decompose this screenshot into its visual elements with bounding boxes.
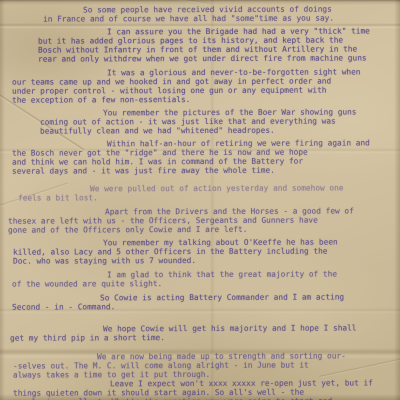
paragraph-leave-morale: Leave I expect won't xxxx xxxxx re-open … bbox=[13, 379, 386, 400]
paragraph-brigade-thick-time: I can assure you the Brigade had had a v… bbox=[38, 27, 386, 65]
paragraph-wounded-slight: I am glad to think that the great majori… bbox=[12, 269, 386, 289]
paragraph-firing-again: Within half-an-hour of retiring we were … bbox=[12, 138, 386, 176]
paragraph-okeeffe-killed: You remember my talking about O'Keeffe h… bbox=[13, 238, 386, 267]
letter-body: So some people have received vivid accou… bbox=[0, 0, 400, 400]
paragraph-drivers-and-horses: Apart from the Drivers and the Horses - … bbox=[8, 206, 386, 235]
paragraph-accounts-of-doings: So some people have received vivid accou… bbox=[43, 4, 380, 23]
paragraph-pulled-out: We were pulled out of action yesterday a… bbox=[18, 183, 386, 203]
paragraph-teams-hooked-in: It was a glorious and never-to-be-forgot… bbox=[12, 67, 386, 105]
paragraph-majority-third-pip: We hope Cowie will get his majority and … bbox=[10, 323, 386, 343]
letter-page: So some people have received vivid accou… bbox=[0, 0, 400, 400]
paragraph-made-up-to-strength: We are now being made up to strength and… bbox=[13, 351, 386, 380]
paragraph-boer-war-pictures: You remember the pictures of the Boer Wa… bbox=[40, 107, 386, 136]
paragraph-acting-commander: So Cowie is acting Battery Commander and… bbox=[12, 293, 386, 313]
